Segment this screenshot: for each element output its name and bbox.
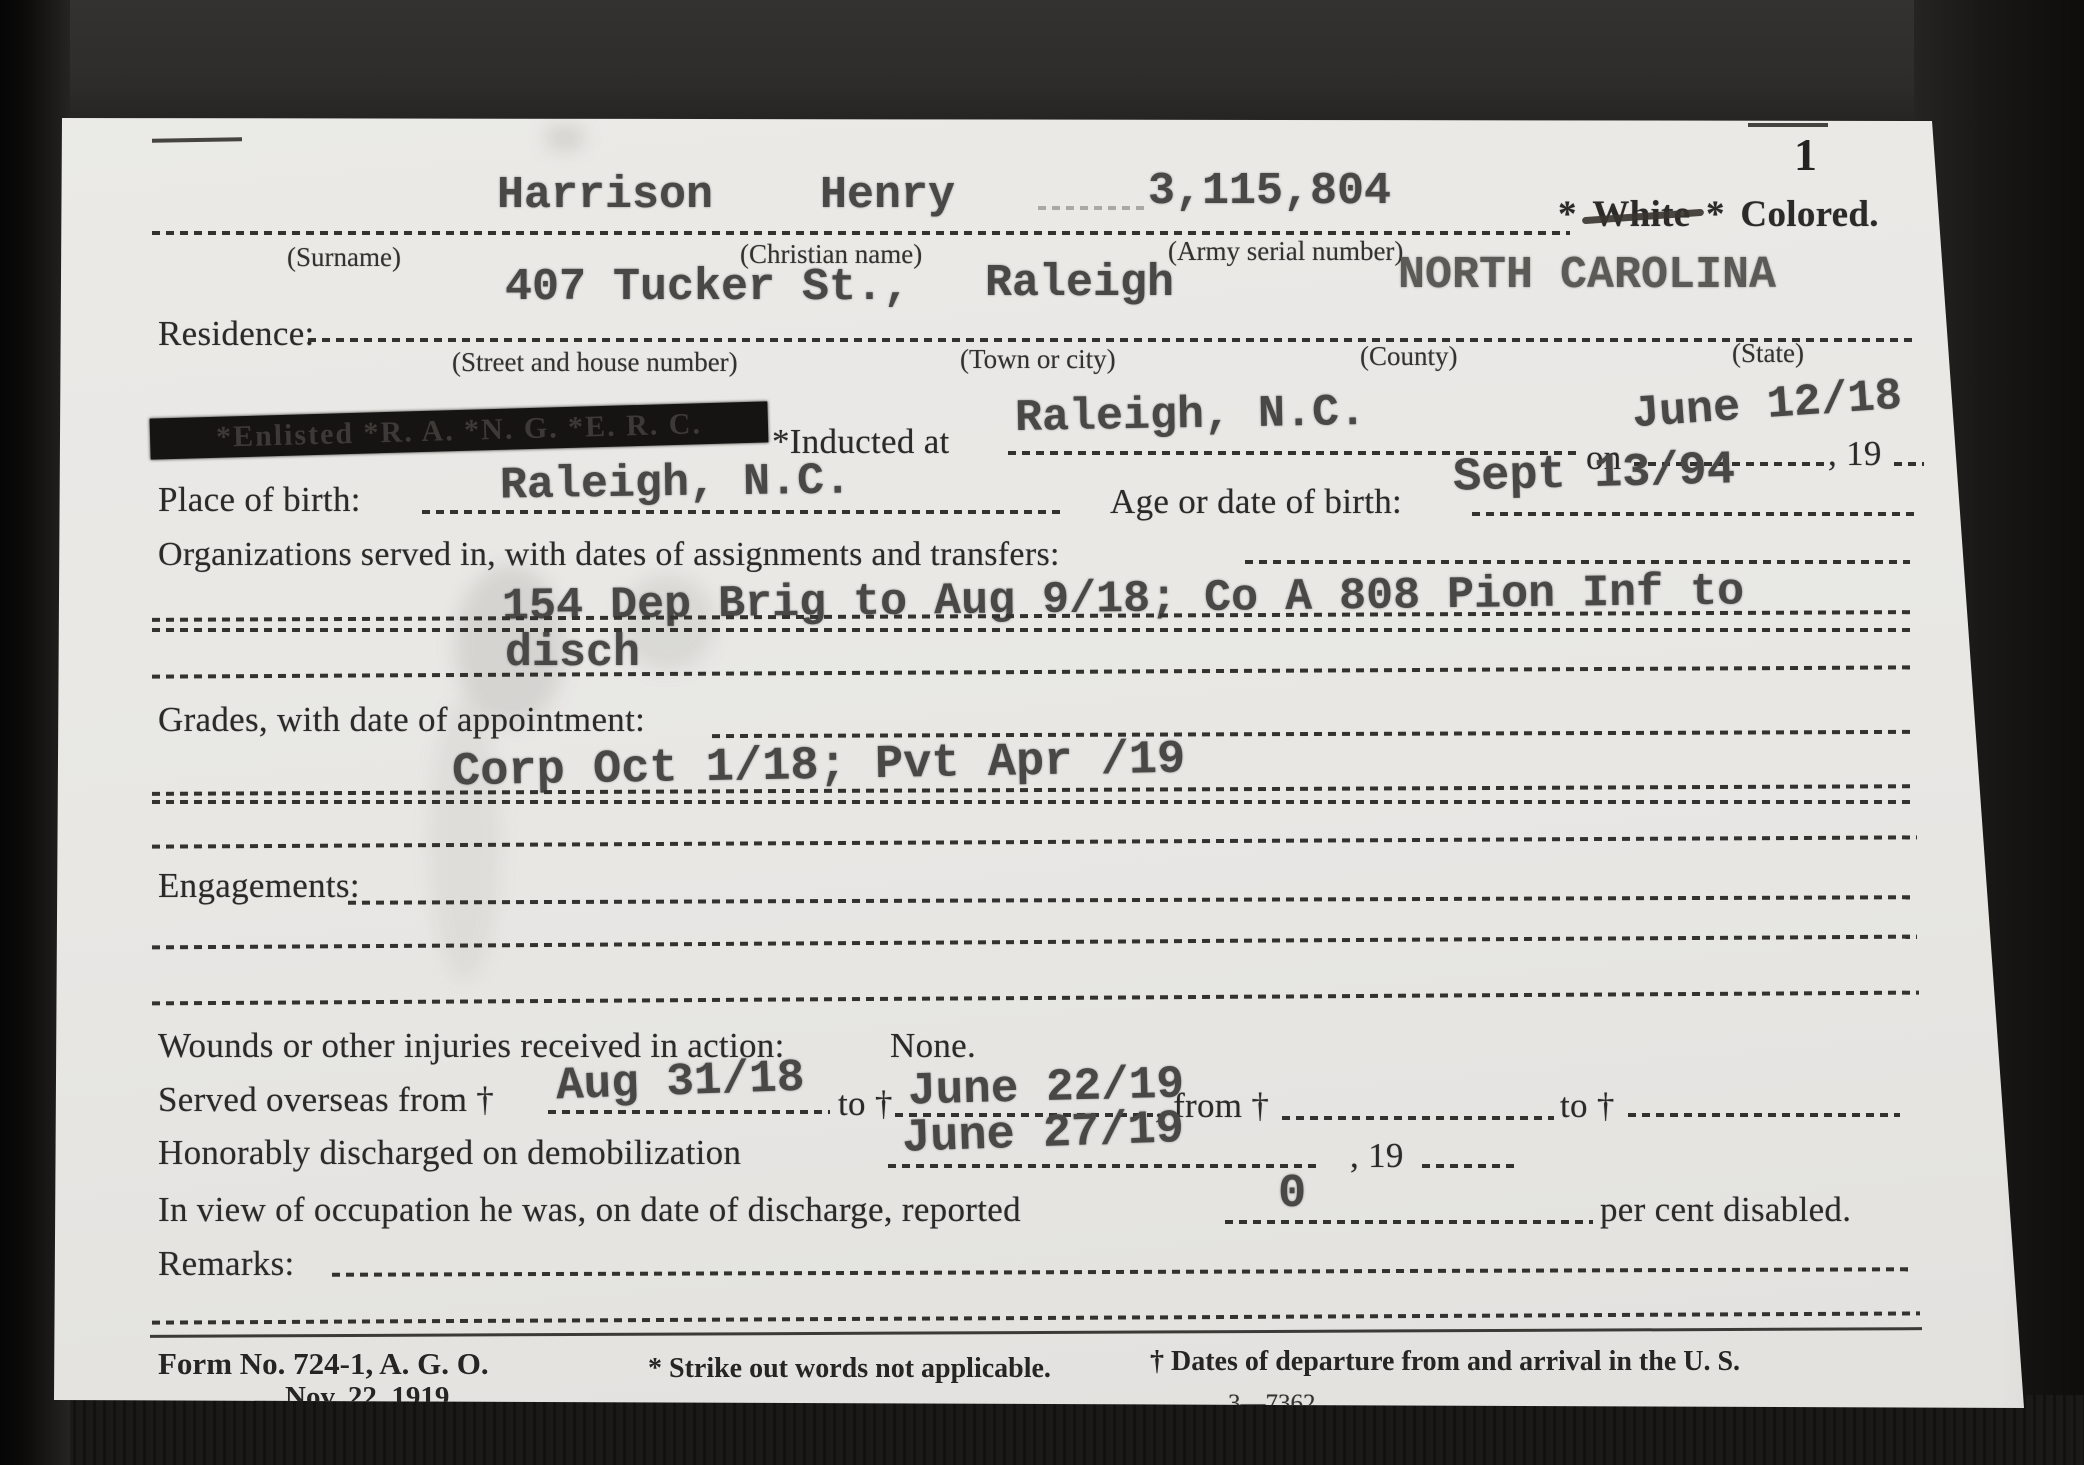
state-value: NORTH CAROLINA xyxy=(1398,250,1776,301)
overseas-to2-rule xyxy=(1628,1113,1900,1117)
serial-number-label: (Army serial number) xyxy=(1168,236,1403,267)
place-of-birth-rule xyxy=(422,510,1060,514)
induction-year-label: , 19 xyxy=(1828,434,1882,474)
residence-rule xyxy=(308,338,1912,342)
remarks-label: Remarks: xyxy=(158,1244,295,1284)
overseas-from2-rule xyxy=(1282,1116,1554,1120)
top-right-tick-mark xyxy=(1748,123,1828,127)
organizations-label: Organizations served in, with dates of a… xyxy=(158,536,1060,574)
engagements-label: Engagements: xyxy=(158,866,360,906)
overseas-from1-value: Aug 31/18 xyxy=(555,1052,805,1113)
wounds-value: None. xyxy=(890,1026,976,1066)
surname-value: Harrison xyxy=(497,170,713,221)
discharge-date-value: June 27/19 xyxy=(901,1103,1185,1166)
record-card: 1 Harrison Henry 3,115,804 * White * Col… xyxy=(0,0,2084,1465)
place-of-birth-value: Raleigh, N.C. xyxy=(500,456,852,512)
form-number: Form No. 724-1, A. G. O. xyxy=(158,1346,489,1382)
overseas-from1-rule xyxy=(548,1110,830,1114)
county-label: (County) xyxy=(1360,341,1458,372)
age-value: Sept 13/94 xyxy=(1452,444,1735,504)
town-value: Raleigh xyxy=(985,258,1174,309)
disability-value: 0 xyxy=(1278,1168,1306,1221)
age-rule xyxy=(1472,512,1914,516)
discharge-date-rule xyxy=(888,1164,1322,1168)
induction-year-rule xyxy=(1894,462,1924,466)
race-star2: * xyxy=(1706,194,1725,235)
page-number: 1 xyxy=(1794,128,1817,181)
state-label: (State) xyxy=(1732,338,1804,369)
disability-label: In view of occupation he was, on date of… xyxy=(158,1190,1021,1230)
street-label: (Street and house number) xyxy=(452,347,738,378)
age-label: Age or date of birth: xyxy=(1110,482,1402,522)
disability-suffix-label: per cent disabled. xyxy=(1600,1190,1851,1230)
grades-rule1b xyxy=(152,800,1915,804)
christian-name-value: Henry xyxy=(820,170,955,221)
smudge-stain xyxy=(430,700,500,980)
race-option-colored: Colored. xyxy=(1740,194,1878,235)
grades-label: Grades, with date of appointment: xyxy=(158,700,645,740)
street-value: 407 Tucker St., xyxy=(505,262,910,313)
organizations-rule1b xyxy=(152,628,1912,632)
overseas-to2-label: to † xyxy=(1560,1086,1615,1126)
race-option-white: White xyxy=(1592,193,1690,236)
surname-label: (Surname) xyxy=(287,242,401,273)
place-of-birth-label: Place of birth: xyxy=(158,480,361,520)
discharge-year-rule xyxy=(1422,1164,1517,1168)
strike-out-note: * Strike out words not applicable. xyxy=(648,1353,1051,1385)
race-designation: * White * Colored. xyxy=(1558,193,1879,236)
residence-label: Residence: xyxy=(158,314,315,354)
smudge-stain xyxy=(545,125,585,151)
race-star1: * xyxy=(1558,194,1577,235)
serial-number-value: 3,115,804 xyxy=(1148,166,1391,217)
inducted-place-value: Raleigh, N.C. xyxy=(1015,387,1367,444)
scan-background-top xyxy=(0,0,2084,122)
faint-dash-segment xyxy=(1038,206,1150,210)
discharge-label: Honorably discharged on demobilization xyxy=(158,1133,741,1173)
dagger-note: † Dates of departure from and arrival in… xyxy=(1150,1346,1740,1378)
organizations-rule-short xyxy=(1245,560,1910,564)
overseas-to1-label: to † xyxy=(838,1084,893,1124)
discharge-year-label: , 19 xyxy=(1350,1136,1404,1176)
name-line-rule xyxy=(152,231,1570,235)
town-label: (Town or city) xyxy=(960,344,1116,375)
served-overseas-label: Served overseas from † xyxy=(158,1080,494,1120)
scanned-service-card: 1 Harrison Henry 3,115,804 * White * Col… xyxy=(0,0,2084,1465)
